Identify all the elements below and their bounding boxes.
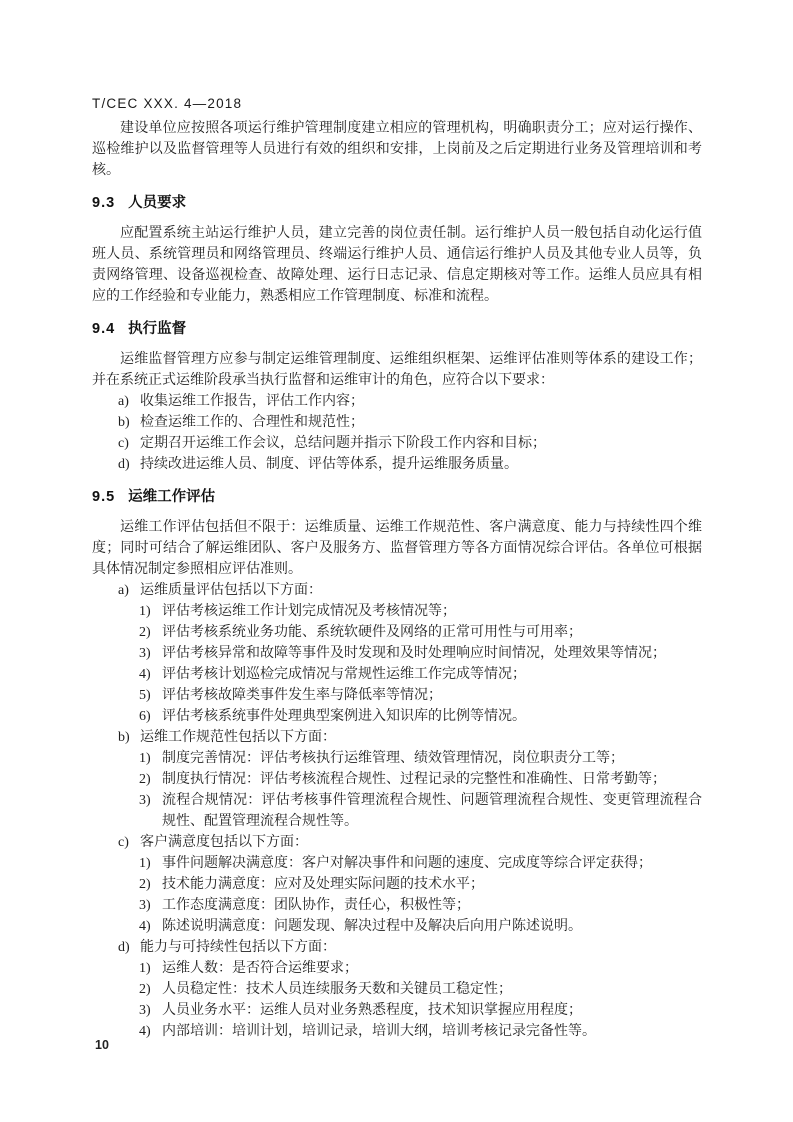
list-item: 3)评估考核异常和故障等事件及时发现和及时处理响应时间情况，处理效果等情况； [92,643,702,664]
list-item: 2)技术能力满意度：应对及处理实际问题的技术水平； [92,874,702,895]
list-item-text: 客户满意度包括以下方面： [140,832,702,853]
list-item: 3)工作态度满意度：团队协作，责任心，积极性等； [92,895,702,916]
list-item: c)定期召开运维工作会议，总结问题并指示下阶段工作内容和目标； [92,433,702,454]
list-item: 2)制度执行情况：评估考核流程合规性、过程记录的完整性和准确性、日常考勤等； [92,769,702,790]
list-item-text: 人员业务水平：运维人员对业务熟悉程度，技术知识掌握应用程度； [162,1000,702,1021]
list-item-text: 运维工作规范性包括以下方面： [140,727,702,748]
section-heading: 9.5运维工作评估 [92,487,702,508]
list-marker: b) [118,412,140,433]
list-item: d)持续改进运维人员、制度、评估等体系，提升运维服务质量。 [92,454,702,475]
list-item: 5)评估考核故障类事件发生率与降低率等情况； [92,685,702,706]
list-item: 2)人员稳定性：技术人员连续服务天数和关键员工稳定性； [92,979,702,1000]
list-item-text: 定期召开运维工作会议，总结问题并指示下阶段工作内容和目标； [140,433,702,454]
section-heading: 9.4执行监督 [92,319,702,340]
list-marker: 1) [139,748,162,769]
list-item-text: 流程合规情况：评估考核事件管理流程合规性、问题管理流程合规性、变更管理流程合规性… [162,790,702,832]
list-item-text: 评估考核系统事件处理典型案例进入知识库的比例等情况。 [162,706,702,727]
list-item-text: 技术能力满意度：应对及处理实际问题的技术水平； [162,874,702,895]
list-marker: d) [118,937,140,958]
section-heading: 9.3人员要求 [92,193,702,214]
section-number: 9.3 [92,195,115,211]
list-marker: c) [118,433,140,454]
list-marker: 4) [139,1021,162,1042]
list-item: 3)流程合规情况：评估考核事件管理流程合规性、问题管理流程合规性、变更管理流程合… [92,790,702,832]
standard-code-header: T/CEC XXX. 4—2018 [92,96,242,111]
list-marker: d) [118,454,140,475]
section-title: 执行监督 [128,321,186,337]
list-item: a)收集运维工作报告，评估工作内容； [92,391,702,412]
list-item-text: 陈述说明满意度：问题发现、解决过程中及解决后向用户陈述说明。 [162,916,702,937]
list-marker: 2) [139,769,162,790]
list-marker: a) [118,580,140,601]
document-content: 建设单位应按照各项运行维护管理制度建立相应的管理机构，明确职责分工；应对运行操作… [92,118,702,1042]
list-marker: 4) [139,664,162,685]
list-item: b)检查运维工作的、合理性和规范性； [92,412,702,433]
paragraph: 应配置系统主站运行维护人员，建立完善的岗位责任制。运行维护人员一般包括自动化运行… [92,223,702,307]
section-number: 9.5 [92,489,115,505]
list-item-text: 人员稳定性：技术人员连续服务天数和关键员工稳定性； [162,979,702,1000]
list-item-text: 收集运维工作报告，评估工作内容； [140,391,702,412]
list-marker: 1) [139,958,162,979]
list-marker: 1) [139,853,162,874]
list-item: 1)评估考核运维工作计划完成情况及考核情况等； [92,601,702,622]
page-number: 10 [95,1038,109,1052]
list-marker: b) [118,727,140,748]
list-item-text: 事件问题解决满意度：客户对解决事件和问题的速度、完成度等综合评定获得； [162,853,702,874]
list-item-text: 评估考核计划巡检完成情况与常规性运维工作完成等情况； [162,664,702,685]
list-item-text: 工作态度满意度：团队协作，责任心，积极性等； [162,895,702,916]
list-item-text: 内部培训：培训计划，培训记录，培训大纲，培训考核记录完备性等。 [162,1021,702,1042]
list-item: a)运维质量评估包括以下方面： [92,580,702,601]
list-item: 4)内部培训：培训计划，培训记录，培训大纲，培训考核记录完备性等。 [92,1021,702,1042]
list-marker: a) [118,391,140,412]
list-marker: 3) [139,643,162,664]
list-marker: 1) [139,601,162,622]
list-marker: c) [118,832,140,853]
paragraph: 建设单位应按照各项运行维护管理制度建立相应的管理机构，明确职责分工；应对运行操作… [92,118,702,181]
list-marker: 3) [139,790,162,832]
list-marker: 6) [139,706,162,727]
list-item: 1)运维人数：是否符合运维要求； [92,958,702,979]
list-item-text: 评估考核异常和故障等事件及时发现和及时处理响应时间情况，处理效果等情况； [162,643,702,664]
section-title: 运维工作评估 [128,489,215,505]
section-number: 9.4 [92,321,115,337]
list-item: 4)评估考核计划巡检完成情况与常规性运维工作完成等情况； [92,664,702,685]
list-marker: 4) [139,916,162,937]
list-item-text: 制度执行情况：评估考核流程合规性、过程记录的完整性和准确性、日常考勤等； [162,769,702,790]
list-item-text: 评估考核故障类事件发生率与降低率等情况； [162,685,702,706]
list-item: 4)陈述说明满意度：问题发现、解决过程中及解决后向用户陈述说明。 [92,916,702,937]
list-item: 2)评估考核系统业务功能、系统软硬件及网络的正常可用性与可用率； [92,622,702,643]
paragraph: 运维监督管理方应参与制定运维管理制度、运维组织框架、运维评估准则等体系的建设工作… [92,349,702,391]
list-item: d)能力与可持续性包括以下方面： [92,937,702,958]
list-marker: 2) [139,979,162,1000]
list-item-text: 检查运维工作的、合理性和规范性； [140,412,702,433]
list-item: 6)评估考核系统事件处理典型案例进入知识库的比例等情况。 [92,706,702,727]
list-marker: 3) [139,1000,162,1021]
list-item-text: 制度完善情况：评估考核执行运维管理、绩效管理情况，岗位职责分工等； [162,748,702,769]
list-item: 1)制度完善情况：评估考核执行运维管理、绩效管理情况，岗位职责分工等； [92,748,702,769]
list-item-text: 运维质量评估包括以下方面： [140,580,702,601]
list-item-text: 能力与可持续性包括以下方面： [140,937,702,958]
list-item: 3)人员业务水平：运维人员对业务熟悉程度，技术知识掌握应用程度； [92,1000,702,1021]
list-marker: 3) [139,895,162,916]
paragraph: 运维工作评估包括但不限于：运维质量、运维工作规范性、客户满意度、能力与持续性四个… [92,517,702,580]
list-marker: 2) [139,874,162,895]
list-item: b)运维工作规范性包括以下方面： [92,727,702,748]
list-item: 1)事件问题解决满意度：客户对解决事件和问题的速度、完成度等综合评定获得； [92,853,702,874]
list-item: c)客户满意度包括以下方面： [92,832,702,853]
list-item-text: 评估考核运维工作计划完成情况及考核情况等； [162,601,702,622]
list-item-text: 运维人数：是否符合运维要求； [162,958,702,979]
list-item-text: 评估考核系统业务功能、系统软硬件及网络的正常可用性与可用率； [162,622,702,643]
list-item-text: 持续改进运维人员、制度、评估等体系，提升运维服务质量。 [140,454,702,475]
list-marker: 2) [139,622,162,643]
section-title: 人员要求 [128,195,186,211]
list-marker: 5) [139,685,162,706]
document-page: T/CEC XXX. 4—2018 建设单位应按照各项运行维护管理制度建立相应的… [0,0,793,1122]
